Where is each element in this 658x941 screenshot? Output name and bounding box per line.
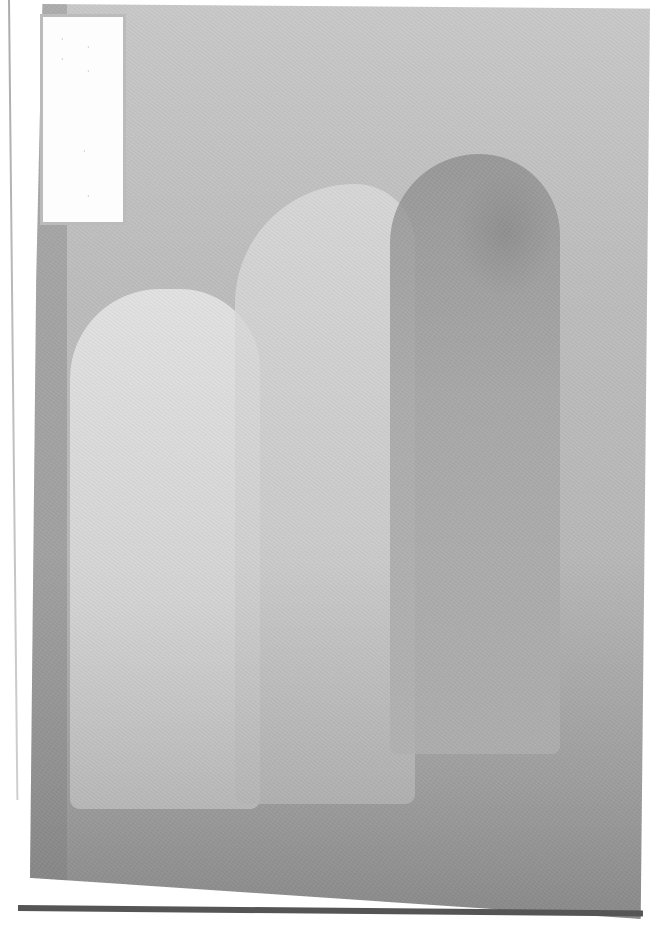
label-mark: · xyxy=(61,55,64,64)
label-mark: · xyxy=(87,43,90,52)
page-edge-line xyxy=(8,0,18,800)
label-mark: · xyxy=(87,192,90,201)
paper-label: · · · · · · xyxy=(40,14,126,225)
label-mark: · xyxy=(61,35,64,44)
label-mark: · xyxy=(83,147,86,156)
label-mark: · xyxy=(87,67,90,76)
